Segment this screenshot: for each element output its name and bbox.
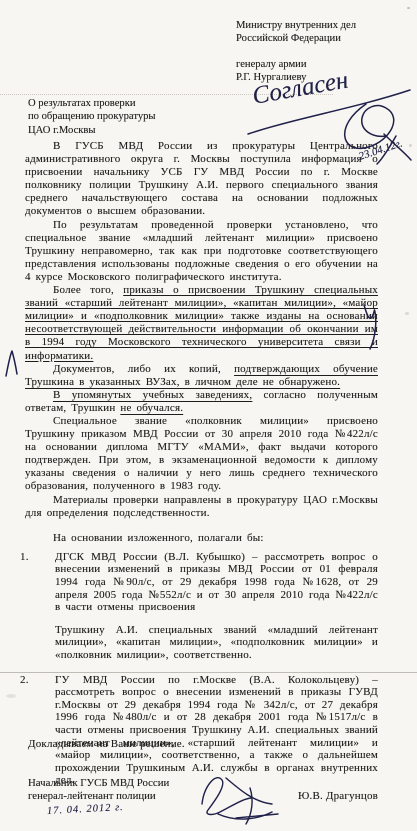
recipient-line: Российской Федерации <box>236 32 356 45</box>
list-item-body: ДГСК МВД России (В.Л. Кубышко) – рассмот… <box>55 551 378 662</box>
paragraph-3-plain: Более того, <box>53 284 123 296</box>
paragraph-5-underlined-1: В упомянутых учебных заведениях, <box>53 389 252 401</box>
subject-block: О результатах проверки по обращению прок… <box>28 97 156 137</box>
paragraph-3: Более того, приказы о присвоении Трушкин… <box>25 284 378 363</box>
list-item-number: 2. <box>20 674 55 787</box>
scan-speck <box>6 694 16 698</box>
paragraph-6: Специальное звание «полковник милиции» п… <box>25 415 378 494</box>
paragraph-5-underlined-2: не обучался. <box>120 402 183 414</box>
paragraph-5: В упомянутых учебных заведениях, согласн… <box>25 389 378 415</box>
approval-handwriting: Согласен 23.04.12г. <box>246 74 416 169</box>
margin-caret-mark-icon <box>4 349 19 378</box>
paragraph-4-plain: Документов, либо их копий, <box>53 363 234 375</box>
spacer <box>236 46 356 58</box>
list-item: 1. ДГСК МВД России (В.Л. Кубышко) – расс… <box>20 551 378 662</box>
signoff-position-line: генерал-лейтенант полиции <box>28 790 169 803</box>
handwritten-footer-date: 17. 04. 2012 г. <box>47 802 124 817</box>
document-page: Министру внутренних дел Российской Федер… <box>0 0 417 831</box>
recipient-line: генералу армии <box>236 58 356 71</box>
list-item-paragraph: ДГСК МВД России (В.Л. Кубышко) – рассмот… <box>55 551 378 614</box>
signatory-name: Ю.В. Драгунцов <box>298 790 378 802</box>
body-text: В ГУСБ МВД России из прокуратуры Централ… <box>25 140 378 787</box>
scan-speck <box>405 312 409 315</box>
list-item-paragraph: Трушкину А.И. специальных званий «младши… <box>55 624 378 662</box>
margin-check-mark-icon <box>360 303 382 351</box>
subject-line: О результатах проверки <box>28 97 156 110</box>
list-item-number: 1. <box>20 551 55 662</box>
paragraph-7: Материалы проверки направлены в прокурат… <box>25 494 378 520</box>
paragraph-4: Документов, либо их копий, подтверждающи… <box>25 363 378 389</box>
subject-line: по обращению прокуратуры <box>28 110 156 123</box>
subject-line: ЦАО г.Москвы <box>28 124 156 137</box>
scan-speck <box>407 7 410 9</box>
approval-word: Согласен <box>250 74 350 110</box>
recipient-line: Министру внутренних дел <box>236 19 356 32</box>
paragraph-2: По результатам проведенной проверки уста… <box>25 219 378 284</box>
resolution-intro: На основании изложенного, полагали бы: <box>25 532 378 545</box>
resolution-list: 1. ДГСК МВД России (В.Л. Кубышко) – расс… <box>25 551 378 787</box>
footer-signature-icon <box>192 768 287 826</box>
